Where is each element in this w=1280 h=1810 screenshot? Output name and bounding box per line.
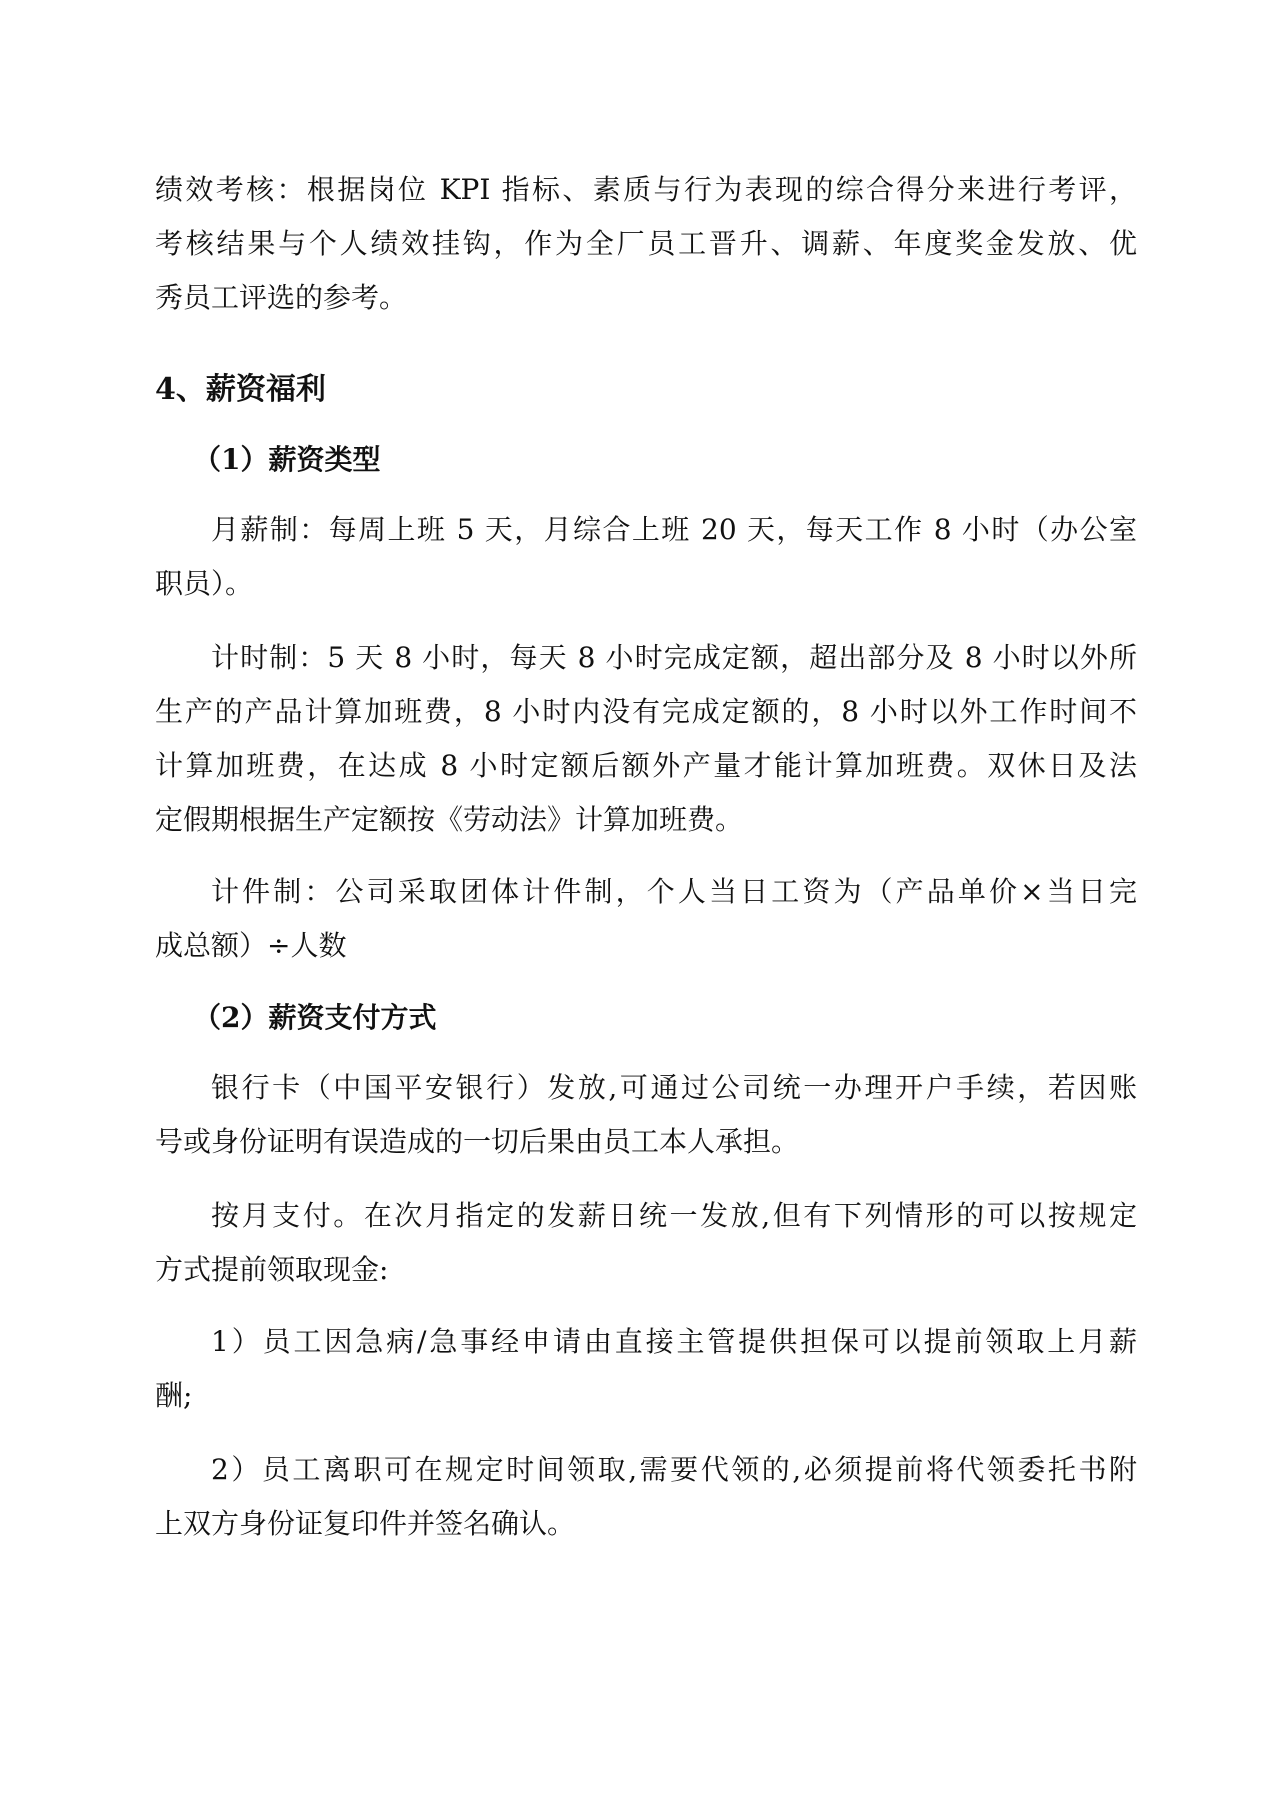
paragraph-hourly-line-2: 生产的产品计算加班费，8 小时内没有完成定额的，8 小时以外工作时间不: [155, 692, 1137, 732]
paragraph-monthly-line-2: 职员）。: [155, 564, 1137, 604]
paragraph-bank-card-line-2: 号或身份证明有误造成的一切后果由员工本人承担。: [155, 1122, 1137, 1162]
list-item-1-line-2: 酬;: [155, 1376, 1137, 1416]
subsection-heading-salary-types: （1）薪资类型: [155, 440, 1175, 480]
subsection-heading-payment-methods: （2）薪资支付方式: [155, 998, 1175, 1038]
document-page: 绩效考核：根据岗位 KPI 指标、素质与行为表现的综合得分来进行考评， 考核结果…: [155, 0, 1137, 1810]
paragraph-monthly-payment-line-2: 方式提前领取现金:: [155, 1250, 1137, 1290]
paragraph-hourly-line-1: 计时制：5 天 8 小时，每天 8 小时完成定额，超出部分及 8 小时以外所: [155, 638, 1137, 678]
paragraph-hourly-line-4: 定假期根据生产定额按《劳动法》计算加班费。: [155, 800, 1137, 840]
paragraph-piece-rate-line-2: 成总额）÷人数: [155, 926, 1137, 966]
paragraph-bank-card-line-1: 银行卡（中国平安银行）发放,可通过公司统一办理开户手续，若因账: [155, 1068, 1137, 1108]
paragraph-performance-line-2: 考核结果与个人绩效挂钩，作为全厂员工晋升、调薪、年度奖金发放、优: [155, 224, 1137, 264]
paragraph-monthly-payment-line-1: 按月支付。在次月指定的发薪日统一发放,但有下列情形的可以按规定: [155, 1196, 1137, 1236]
paragraph-performance-line-3: 秀员工评选的参考。: [155, 278, 1137, 318]
paragraph-performance-line-1: 绩效考核：根据岗位 KPI 指标、素质与行为表现的综合得分来进行考评，: [155, 170, 1137, 210]
list-item-2-line-2: 上双方身份证复印件并签名确认。: [155, 1504, 1137, 1544]
paragraph-monthly-line-1: 月薪制：每周上班 5 天，月综合上班 20 天，每天工作 8 小时（办公室: [155, 510, 1137, 550]
section-heading-salary-benefits: 4、薪资福利: [155, 370, 1137, 410]
list-item-2-line-1: 2）员工离职可在规定时间领取,需要代领的,必须提前将代领委托书附: [155, 1450, 1137, 1490]
list-item-1-line-1: 1）员工因急病/急事经申请由直接主管提供担保可以提前领取上月薪: [155, 1322, 1137, 1362]
paragraph-piece-rate-line-1: 计件制：公司采取团体计件制，个人当日工资为（产品单价×当日完: [155, 872, 1137, 912]
paragraph-hourly-line-3: 计算加班费，在达成 8 小时定额后额外产量才能计算加班费。双休日及法: [155, 746, 1137, 786]
